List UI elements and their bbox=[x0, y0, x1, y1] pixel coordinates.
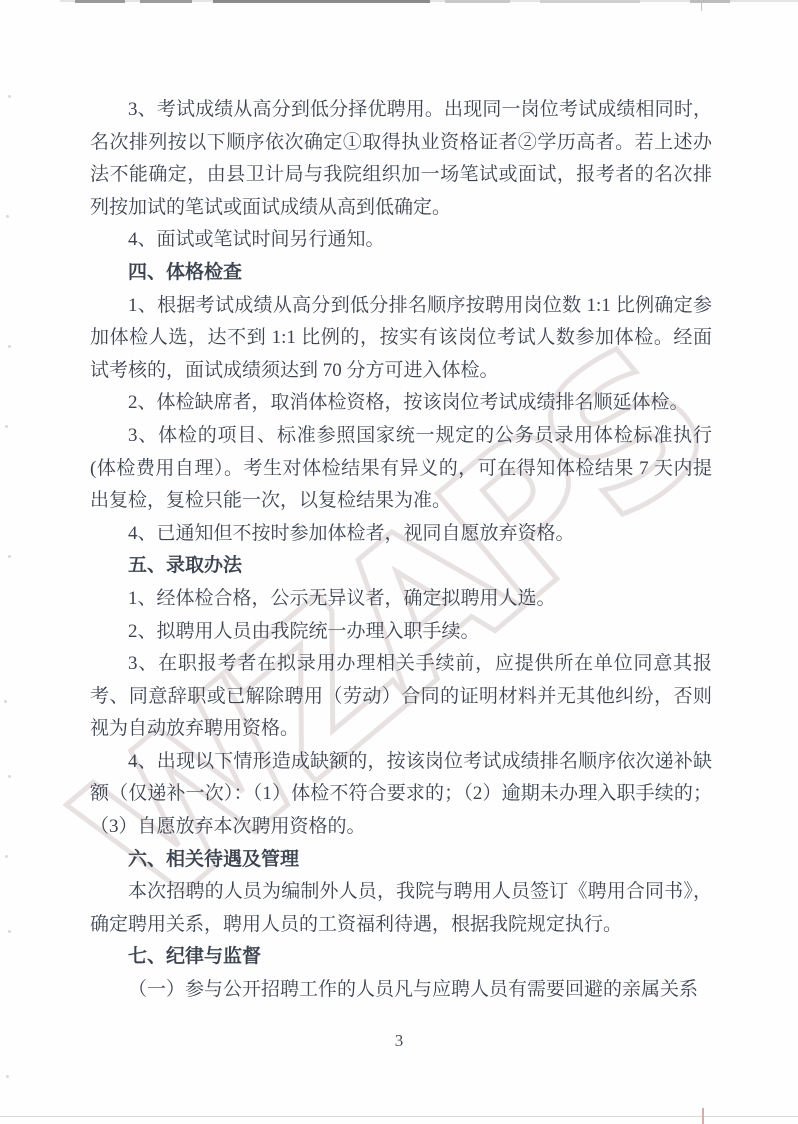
document-body: 3、考试成绩从高分到低分择优聘用。出现同一岗位考试成绩相同时，名次排列按以下顺序… bbox=[90, 94, 712, 1007]
scanned-document-page: WZAPS 3、考试成绩从高分到低分择优聘用。出现同一岗位考试成绩相同时，名次排… bbox=[0, 0, 798, 1124]
paragraph-exam-absence: 2、体检缺席者，取消体检资格，按该岗位考试成绩排名顺延体检。 bbox=[90, 387, 712, 420]
paragraph-discipline: （一）参与公开招聘工作的人员凡与应聘人员有需要回避的亲属关系 bbox=[90, 974, 712, 1007]
scan-speck bbox=[8, 95, 11, 98]
scan-speck bbox=[5, 425, 8, 428]
scan-speck bbox=[6, 1075, 9, 1078]
scan-speck bbox=[5, 855, 8, 858]
scan-top-dash bbox=[445, 0, 510, 3]
scan-speck bbox=[8, 930, 11, 933]
heading-benefits-management: 六、相关待遇及管理 bbox=[90, 844, 712, 877]
scan-speck bbox=[4, 700, 7, 703]
scan-fold-tick-top bbox=[701, 0, 702, 11]
scan-top-dash bbox=[75, 0, 125, 3]
scan-speck bbox=[8, 775, 11, 778]
scan-speck bbox=[6, 215, 9, 218]
paragraph-exam-ranking: 3、考试成绩从高分到低分择优聘用。出现同一岗位考试成绩相同时，名次排列按以下顺序… bbox=[90, 94, 712, 224]
scan-fold-tick-bottom bbox=[702, 1108, 704, 1124]
paragraph-admission-onboarding: 2、拟聘用人员由我院统一办理入职手续。 bbox=[90, 616, 712, 649]
scan-bottom-edge-line bbox=[0, 1116, 798, 1117]
page-number: 3 bbox=[0, 1031, 798, 1051]
scan-speck bbox=[8, 345, 11, 348]
heading-admission-method: 五、录取办法 bbox=[90, 550, 712, 583]
paragraph-exam-ratio: 1、根据考试成绩从高分到低分排名顺序按聘用岗位数 1:1 比例确定参加体检人选，… bbox=[90, 290, 712, 388]
scan-top-dash bbox=[690, 0, 730, 3]
heading-discipline-supervision: 七、纪律与监督 bbox=[90, 941, 712, 974]
paragraph-interview-notice: 4、面试或笔试时间另行通知。 bbox=[90, 224, 712, 257]
scan-speck bbox=[8, 555, 11, 558]
scan-top-dash bbox=[140, 0, 192, 3]
paragraph-admission-vacancy: 4、出现以下情形造成缺额的，按该岗位考试成绩排名顺序依次递补缺额（仅递补一次）：… bbox=[90, 746, 712, 844]
paragraph-admission-employed-applicants: 3、在职报考者在拟录用办理相关手续前，应提供所在单位同意其报考、同意辞职或已解除… bbox=[90, 648, 712, 746]
heading-physical-exam: 四、体格检查 bbox=[90, 257, 712, 290]
paragraph-exam-noshow: 4、已通知但不按时参加体检者，视同自愿放弃资格。 bbox=[90, 518, 712, 551]
paragraph-admission-qualified: 1、经体检合格，公示无异议者，确定拟聘用人选。 bbox=[90, 583, 712, 616]
paragraph-exam-standards: 3、体检的项目、标准参照国家统一规定的公务员录用体检标准执行(体检费用自理）。考… bbox=[90, 420, 712, 518]
scan-top-dash bbox=[540, 0, 640, 3]
paragraph-benefits: 本次招聘的人员为编制外人员，我院与聘用人员签订《聘用合同书》，确定聘用关系，聘用… bbox=[90, 876, 712, 941]
scan-top-dash bbox=[213, 0, 430, 3]
